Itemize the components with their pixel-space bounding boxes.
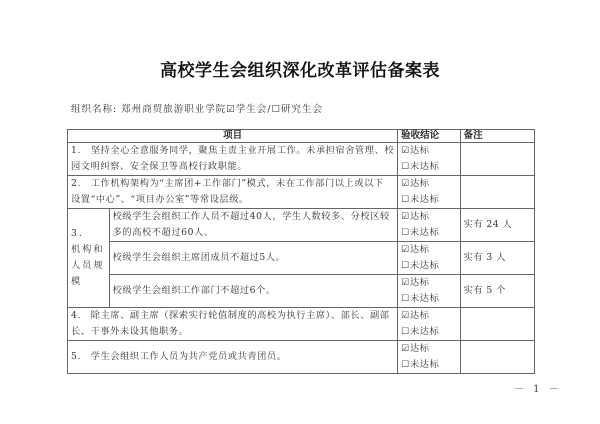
- item-cell: 校级学生会组织主席团成员不超过5人。: [109, 242, 398, 275]
- evaluation-table: 项目 验收结论 备注 1. 坚持全心全意服务同学，聚焦主责主业开展工作。未承担宿…: [67, 129, 535, 374]
- note-cell: [460, 341, 534, 374]
- item-cell: 5. 学生会组织工作人员为共产党员或共青团员。: [68, 341, 398, 374]
- pass-checkbox[interactable]: ☑达标: [401, 242, 456, 258]
- fail-checkbox[interactable]: ☐未达标: [401, 192, 456, 208]
- table-row: 校级学生会组织主席团成员不超过5人。 ☑达标 ☐未达标 实有 3 人: [68, 242, 535, 275]
- item-cell: 1. 坚持全心全意服务同学，聚焦主责主业开展工作。未承担宿舍管理、校 园文明纠察…: [68, 143, 398, 176]
- document-title: 高校学生会组织深化改革评估备案表: [0, 56, 600, 81]
- pass-checkbox[interactable]: ☑达标: [401, 176, 456, 192]
- note-cell: [460, 143, 534, 176]
- table-row: 5. 学生会组织工作人员为共产党员或共青团员。 ☑达标 ☐未达标: [68, 341, 535, 374]
- item-cell: 2. 工作机构架构为“主席团+工作部门”模式，未在工作部门以上或以下 设置“中心…: [68, 176, 398, 209]
- pass-checkbox[interactable]: ☑达标: [401, 341, 456, 357]
- note-cell: [460, 308, 534, 341]
- note-cell: 实有 24 人: [460, 209, 534, 242]
- table-row: 校级学生会组织工作部门不超过6个。 ☑达标 ☐未达标 实有 5 个: [68, 275, 535, 308]
- result-cell: ☑达标 ☐未达标: [398, 275, 460, 308]
- organization-name: 组织名称: 郑州商贸旅游职业学院☑学生会/☐研究生会: [71, 101, 323, 115]
- fail-checkbox[interactable]: ☐未达标: [401, 357, 456, 373]
- item-cell: 校级学生会组织工作部门不超过6个。: [109, 275, 398, 308]
- result-cell: ☑达标 ☐未达标: [398, 308, 460, 341]
- fail-checkbox[interactable]: ☐未达标: [401, 324, 456, 340]
- note-cell: [460, 176, 534, 209]
- fail-checkbox[interactable]: ☐未达标: [401, 291, 456, 307]
- header-item: 项目: [68, 130, 398, 143]
- page-number: － 1 －: [514, 380, 562, 395]
- pass-checkbox[interactable]: ☑达标: [401, 275, 456, 291]
- fail-checkbox[interactable]: ☐未达标: [401, 159, 456, 175]
- header-result: 验收结论: [398, 130, 460, 143]
- result-cell: ☑达标 ☐未达标: [398, 242, 460, 275]
- table-row: 3. 机构和人员规模 校级学生会组织工作人员不超过40人，学生人数较多、分校区较…: [68, 209, 535, 242]
- fail-checkbox[interactable]: ☐未达标: [401, 225, 456, 241]
- pass-checkbox[interactable]: ☑达标: [401, 308, 456, 324]
- fail-checkbox[interactable]: ☐未达标: [401, 258, 456, 274]
- result-cell: ☑达标 ☐未达标: [398, 341, 460, 374]
- table-row: 4. 除主席、副主席（探索实行轮值制度的高校为执行主席）、部长、副部 长、干事外…: [68, 308, 535, 341]
- result-cell: ☑达标 ☐未达标: [398, 176, 460, 209]
- pass-checkbox[interactable]: ☑达标: [401, 143, 456, 159]
- result-cell: ☑达标 ☐未达标: [398, 143, 460, 176]
- note-cell: 实有 3 人: [460, 242, 534, 275]
- result-cell: ☑达标 ☐未达标: [398, 209, 460, 242]
- item-cell: 4. 除主席、副主席（探索实行轮值制度的高校为执行主席）、部长、副部 长、干事外…: [68, 308, 398, 341]
- table-row: 2. 工作机构架构为“主席团+工作部门”模式，未在工作部门以上或以下 设置“中心…: [68, 176, 535, 209]
- pass-checkbox[interactable]: ☑达标: [401, 209, 456, 225]
- table-row: 1. 坚持全心全意服务同学，聚焦主责主业开展工作。未承担宿舍管理、校 园文明纠察…: [68, 143, 535, 176]
- item-cell: 校级学生会组织工作人员不超过40人，学生人数较多、分校区较 多的高校不超过60人…: [109, 209, 398, 242]
- table-header-row: 项目 验收结论 备注: [68, 130, 535, 143]
- header-note: 备注: [460, 130, 534, 143]
- category-cell: 3. 机构和人员规模: [68, 209, 110, 308]
- note-cell: 实有 5 个: [460, 275, 534, 308]
